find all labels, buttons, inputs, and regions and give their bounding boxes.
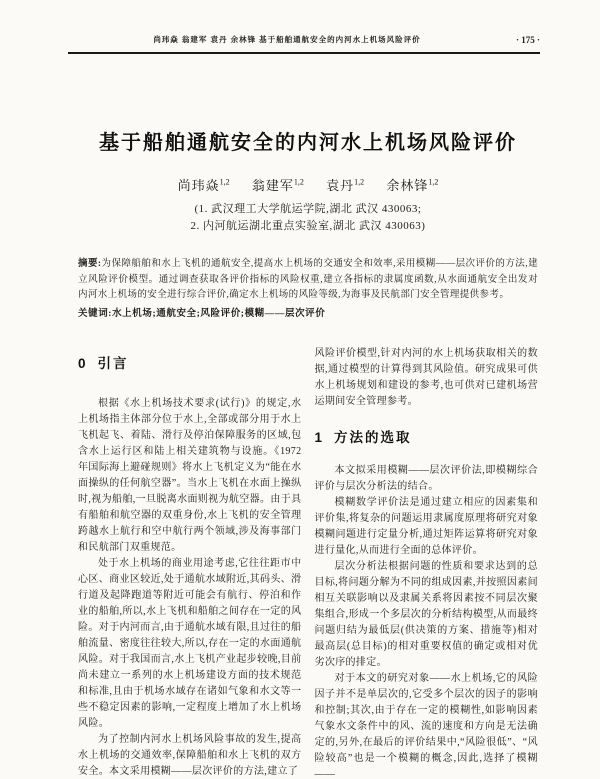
paragraph: 对于本文的研究对象——水上机场,它的风险因子并不是单层次的,它受多个层次的因子的… xyxy=(315,671,539,779)
section-title: 方法的选取 xyxy=(334,430,412,445)
affiliation-1: (1. 武汉理工大学航运学院,湖北 武汉 430063; xyxy=(78,201,538,218)
paragraph: 为了控制内河水上机场风险事故的发生,提高水上机场的交通效率,保障船舶和水上飞机的… xyxy=(78,732,302,779)
paragraph: 层次分析法根据问题的性质和要求达到的总目标,将问题分解为不同的组成因素,并按照因… xyxy=(315,559,539,671)
paragraph: 根据《水上机场技术要求(试行)》的规定,水上机场指主体部分位于水上,全部或部分用… xyxy=(78,396,302,556)
author-2-affil-marker: 1,2 xyxy=(294,178,304,187)
author-3: 袁丹1,2 xyxy=(326,178,364,193)
author-1: 尚玮焱1,2 xyxy=(178,178,230,193)
section-heading-intro: 0引言 xyxy=(78,352,302,372)
left-column: 0引言 根据《水上机场技术要求(试行)》的规定,水上机场指主体部分位于水上,全部… xyxy=(78,346,302,779)
author-4-name: 余林锋 xyxy=(386,178,428,193)
keywords-text: 水上机场;通航安全;风险评价;模糊——层次评价 xyxy=(112,309,325,319)
paragraph: 本文拟采用模糊——层次评价法,即模糊综合评价与层次分析法的结合。 xyxy=(315,463,539,495)
author-3-affil-marker: 1,2 xyxy=(354,178,364,187)
paragraph: 模糊数学评价法是通过建立相应的因素集和评价集,将复杂的问题运用隶属度原理将研究对… xyxy=(315,495,539,559)
paragraph-continuation: 风险评价模型,针对内河的水上机场获取相关的数据,通过模型的计算得到其风险值。研究… xyxy=(315,346,539,410)
abstract-label: 摘要: xyxy=(78,259,101,269)
author-1-name: 尚玮焱 xyxy=(178,178,220,193)
keywords: 关键词:水上机场;通航安全;风险评价;模糊——层次评价 xyxy=(78,307,538,322)
keywords-label: 关键词: xyxy=(78,309,112,319)
page-header: 尚玮焱 翁建军 袁丹 余林锋 基于船舶通航安全的内河水上机场风险评价 · 175… xyxy=(68,34,540,54)
section-number: 0 xyxy=(78,356,86,371)
section-title: 引言 xyxy=(98,356,129,371)
page-number: · 175 · xyxy=(516,35,540,45)
affiliation-2: 2. 内河航运湖北重点实验室,湖北 武汉 430063) xyxy=(78,218,538,235)
author-1-affil-marker: 1,2 xyxy=(220,178,230,187)
paper-page: 尚玮焱 翁建军 袁丹 余林锋 基于船舶通航安全的内河水上机场风险评价 · 175… xyxy=(0,0,600,779)
section-number: 1 xyxy=(315,430,323,445)
abstract-text: 为保障船舶和水上飞机的通航安全,提高水上机场的交通安全和效率,采用模糊——层次评… xyxy=(78,259,538,300)
author-line: 尚玮焱1,2 翁建军1,2 袁丹1,2 余林锋1,2 xyxy=(78,175,538,194)
right-column: 风险评价模型,针对内河的水上机场获取相关的数据,通过模型的计算得到其风险值。研究… xyxy=(315,346,539,779)
body-columns: 0引言 根据《水上机场技术要求(试行)》的规定,水上机场指主体部分位于水上,全部… xyxy=(78,346,538,779)
abstract: 摘要:为保障船舶和水上飞机的通航安全,提高水上机场的交通安全和效率,采用模糊——… xyxy=(78,257,538,304)
author-2-name: 翁建军 xyxy=(252,178,294,193)
author-2: 翁建军1,2 xyxy=(252,178,304,193)
running-head: 尚玮焱 翁建军 袁丹 余林锋 基于船舶通航安全的内河水上机场风险评价 xyxy=(68,34,506,45)
affiliations: (1. 武汉理工大学航运学院,湖北 武汉 430063; 2. 内河航运湖北重点… xyxy=(78,201,538,235)
author-4-affil-marker: 1,2 xyxy=(428,178,438,187)
paper-title: 基于船舶通航安全的内河水上机场风险评价 xyxy=(78,126,538,155)
section-heading-method: 1方法的选取 xyxy=(315,426,539,446)
author-3-name: 袁丹 xyxy=(326,178,354,193)
author-4: 余林锋1,2 xyxy=(386,178,438,193)
paragraph: 处于水上机场的商业用途考虑,它往往距市中心区、商业区较近,处于通航水域附近,其码… xyxy=(78,556,302,732)
